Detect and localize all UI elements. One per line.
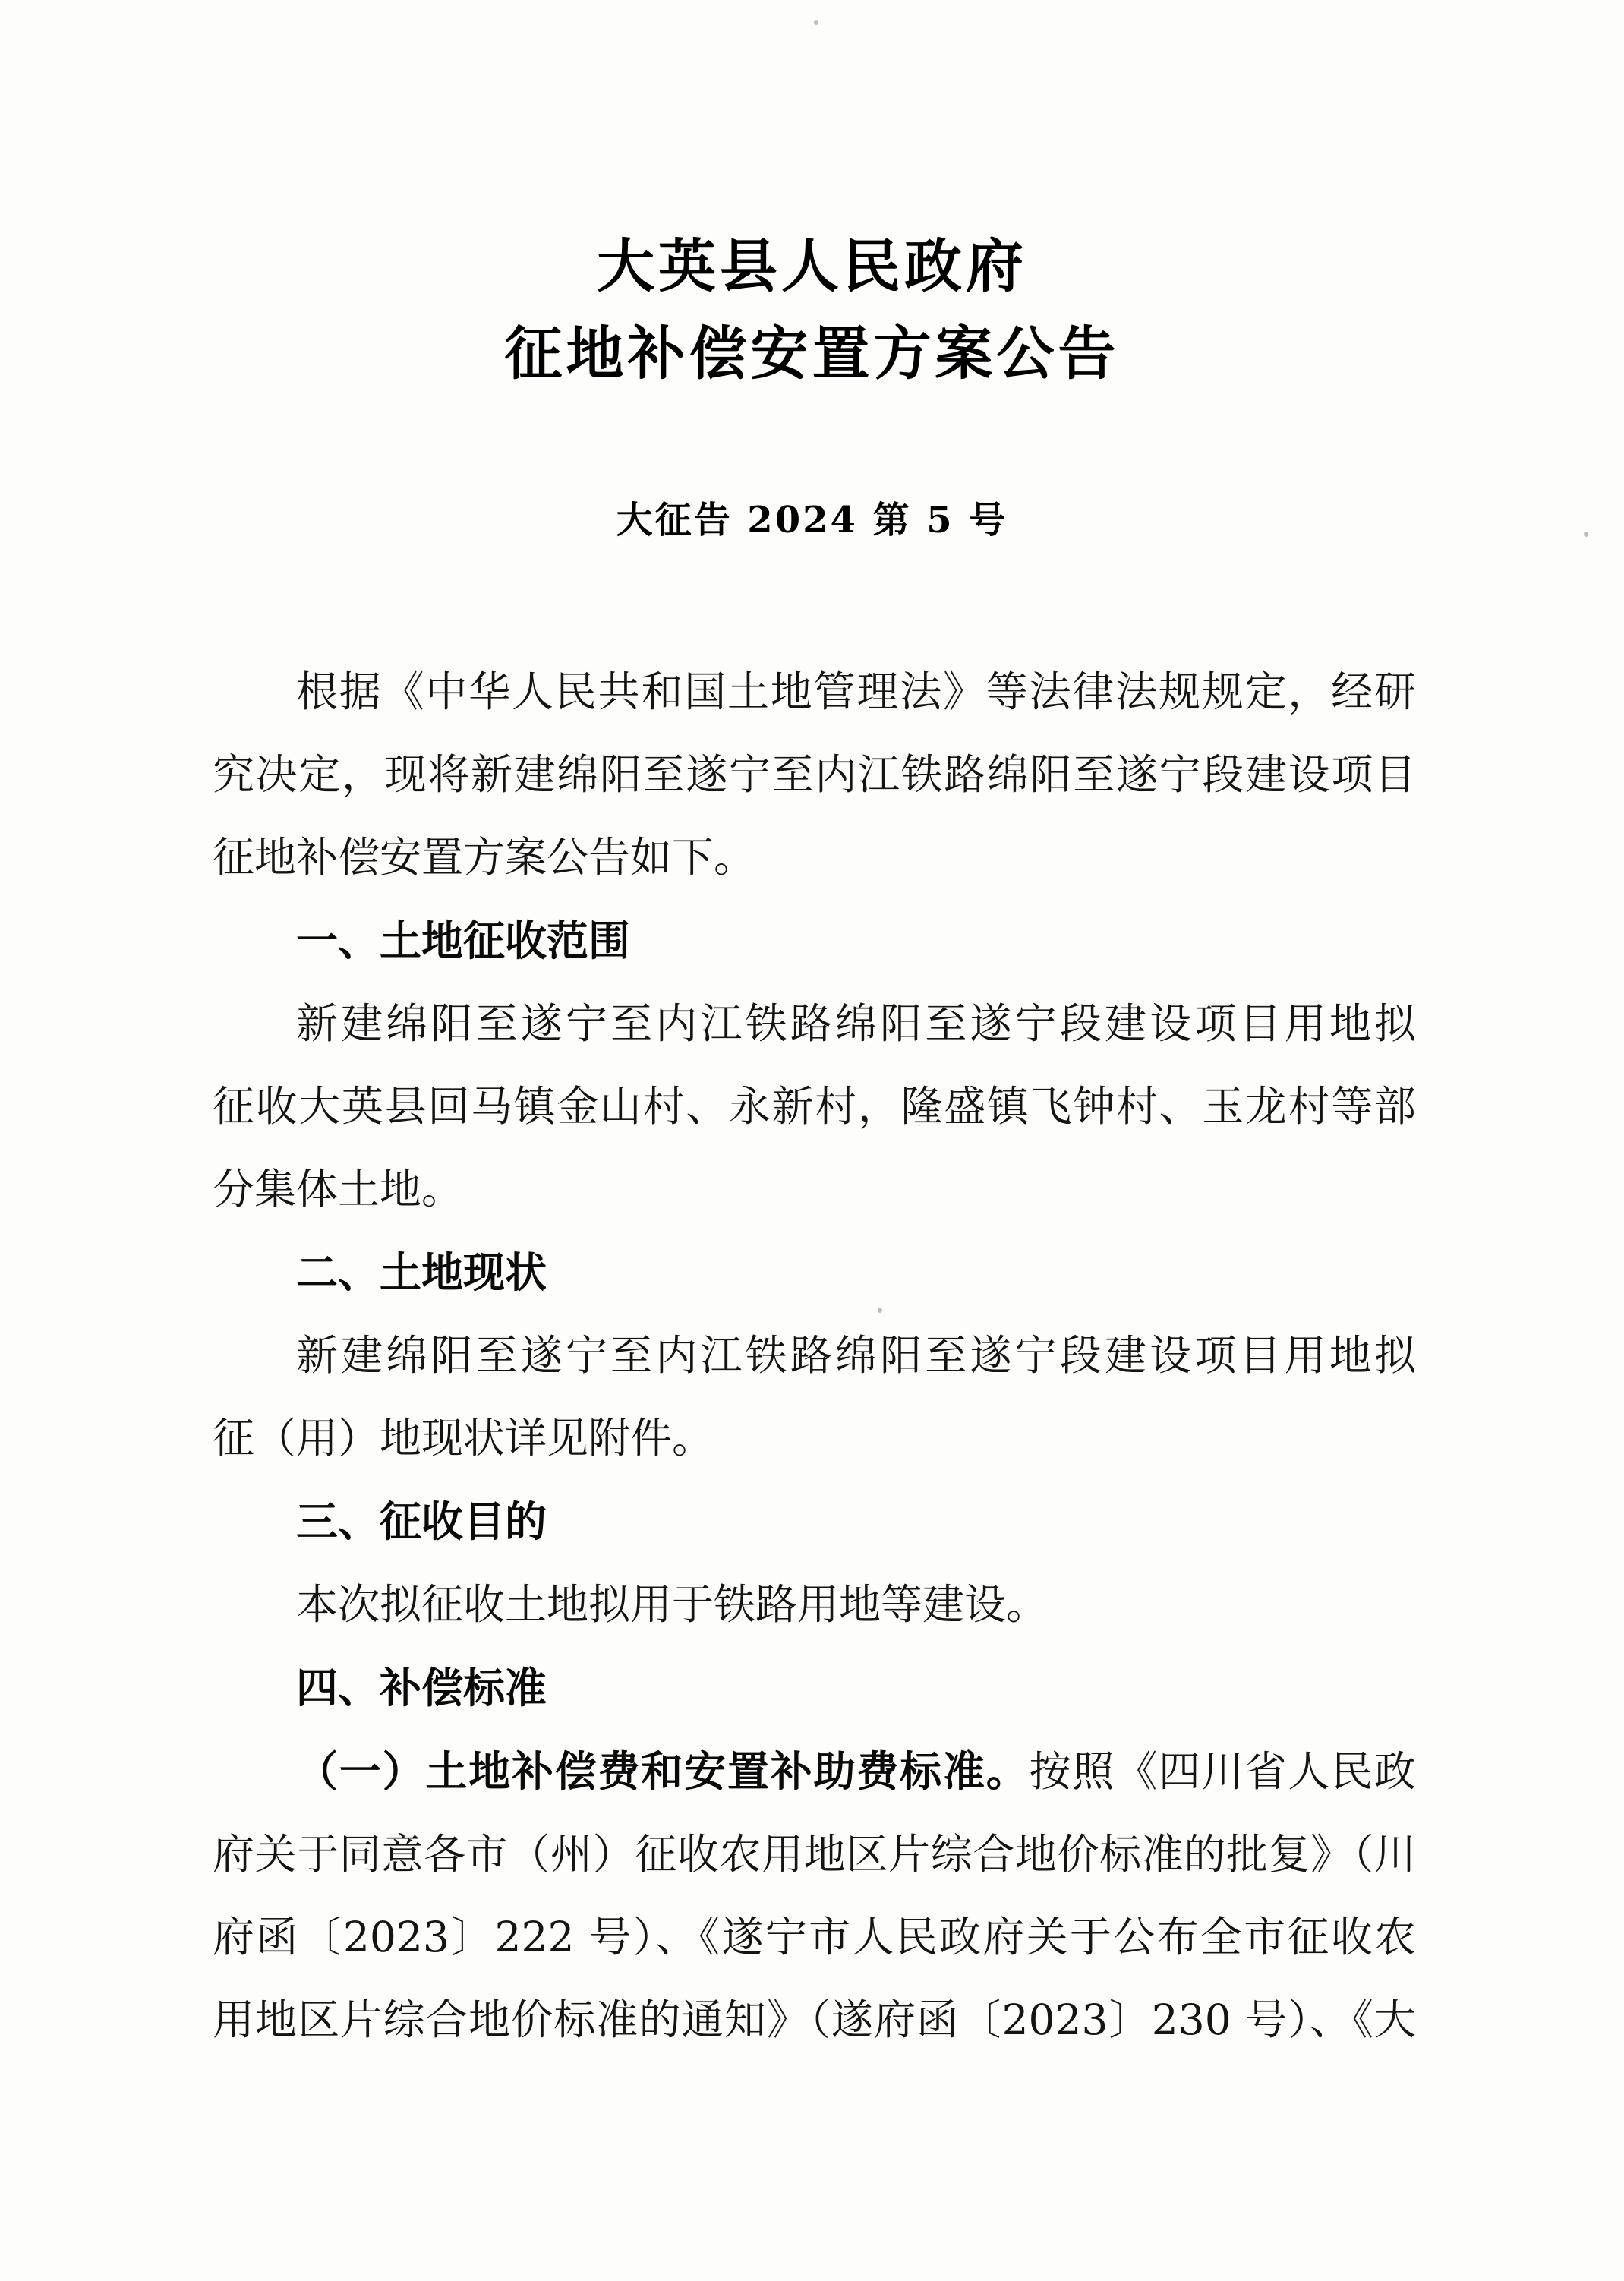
text-run: 用地区片综合地价标准的通知》（遂府函〔2023〕230 号）、《大 — [213, 1995, 1416, 2044]
document-line: （一）土地补偿费和安置补助费标准。按照《四川省人民政 — [213, 1730, 1416, 1813]
document-page: 大英县人民政府 征地补偿安置方案公告 大征告 2024 第 5 号 根据《中华人… — [0, 0, 1624, 2281]
text-run: 征收大英县回马镇金山村、永新村，隆盛镇飞钟村、玉龙村等部 — [213, 1082, 1416, 1131]
document-line: 府函〔2023〕222 号）、《遂宁市人民政府关于公布全市征收农 — [213, 1896, 1416, 1979]
document-line: 三、征收目的 — [213, 1480, 1416, 1563]
document-number: 大征告 2024 第 5 号 — [0, 495, 1624, 545]
text-run: 府关于同意各市（州）征收农用地区片综合地价标准的批复》（川 — [213, 1830, 1416, 1879]
text-run: 分集体土地。 — [213, 1165, 463, 1213]
text-run: 征（用）地现状详见附件。 — [213, 1414, 714, 1462]
document-line: 用地区片综合地价标准的通知》（遂府函〔2023〕230 号）、《大 — [213, 1979, 1416, 2062]
text-run: 一、土地征收范围 — [296, 916, 630, 965]
text-run: 三、征收目的 — [296, 1497, 547, 1546]
document-title: 大英县人民政府 征地补偿安置方案公告 — [0, 222, 1624, 397]
document-line: 根据《中华人民共和国土地管理法》等法律法规规定，经研 — [213, 651, 1416, 734]
document-title-line2: 征地补偿安置方案公告 — [0, 310, 1624, 397]
document-line: 分集体土地。 — [213, 1148, 1416, 1231]
text-run: 究决定，现将新建绵阳至遂宁至内江铁路绵阳至遂宁段建设项目 — [213, 750, 1416, 799]
document-body: 根据《中华人民共和国土地管理法》等法律法规规定，经研究决定，现将新建绵阳至遂宁至… — [213, 651, 1416, 2062]
text-run: 府函〔2023〕222 号）、《遂宁市人民政府关于公布全市征收农 — [213, 1913, 1416, 1961]
document-line: 二、土地现状 — [213, 1231, 1416, 1314]
document-line: 新建绵阳至遂宁至内江铁路绵阳至遂宁段建设项目用地拟 — [213, 983, 1416, 1065]
document-line: 四、补偿标准 — [213, 1646, 1416, 1730]
text-run: 新建绵阳至遂宁至内江铁路绵阳至遂宁段建设项目用地拟 — [296, 1331, 1416, 1380]
document-title-line1: 大英县人民政府 — [0, 222, 1624, 310]
scan-speck — [1584, 532, 1588, 537]
document-line: 征（用）地现状详见附件。 — [213, 1397, 1416, 1480]
scan-speck — [814, 20, 818, 25]
text-run: 本次拟征收土地拟用于铁路用地等建设。 — [296, 1580, 1048, 1629]
text-run: 四、补偿标准 — [296, 1663, 547, 1712]
text-run: 新建绵阳至遂宁至内江铁路绵阳至遂宁段建设项目用地拟 — [296, 999, 1416, 1048]
document-line: 征收大英县回马镇金山村、永新村，隆盛镇飞钟村、玉龙村等部 — [213, 1065, 1416, 1148]
text-run: （一）土地补偿费和安置补助费标准。 — [296, 1746, 1030, 1796]
scan-speck — [878, 1308, 882, 1313]
text-run: 二、土地现状 — [296, 1248, 547, 1297]
text-run: 按照《四川省人民政 — [1030, 1747, 1416, 1796]
document-line: 究决定，现将新建绵阳至遂宁至内江铁路绵阳至遂宁段建设项目 — [213, 734, 1416, 816]
document-line: 新建绵阳至遂宁至内江铁路绵阳至遂宁段建设项目用地拟 — [213, 1314, 1416, 1397]
document-line: 府关于同意各市（州）征收农用地区片综合地价标准的批复》（川 — [213, 1813, 1416, 1896]
document-line: 征地补偿安置方案公告如下。 — [213, 816, 1416, 899]
text-run: 征地补偿安置方案公告如下。 — [213, 833, 755, 882]
document-line: 本次拟征收土地拟用于铁路用地等建设。 — [213, 1563, 1416, 1646]
document-line: 一、土地征收范围 — [213, 899, 1416, 983]
text-run: 根据《中华人民共和国土地管理法》等法律法规规定，经研 — [296, 667, 1416, 716]
